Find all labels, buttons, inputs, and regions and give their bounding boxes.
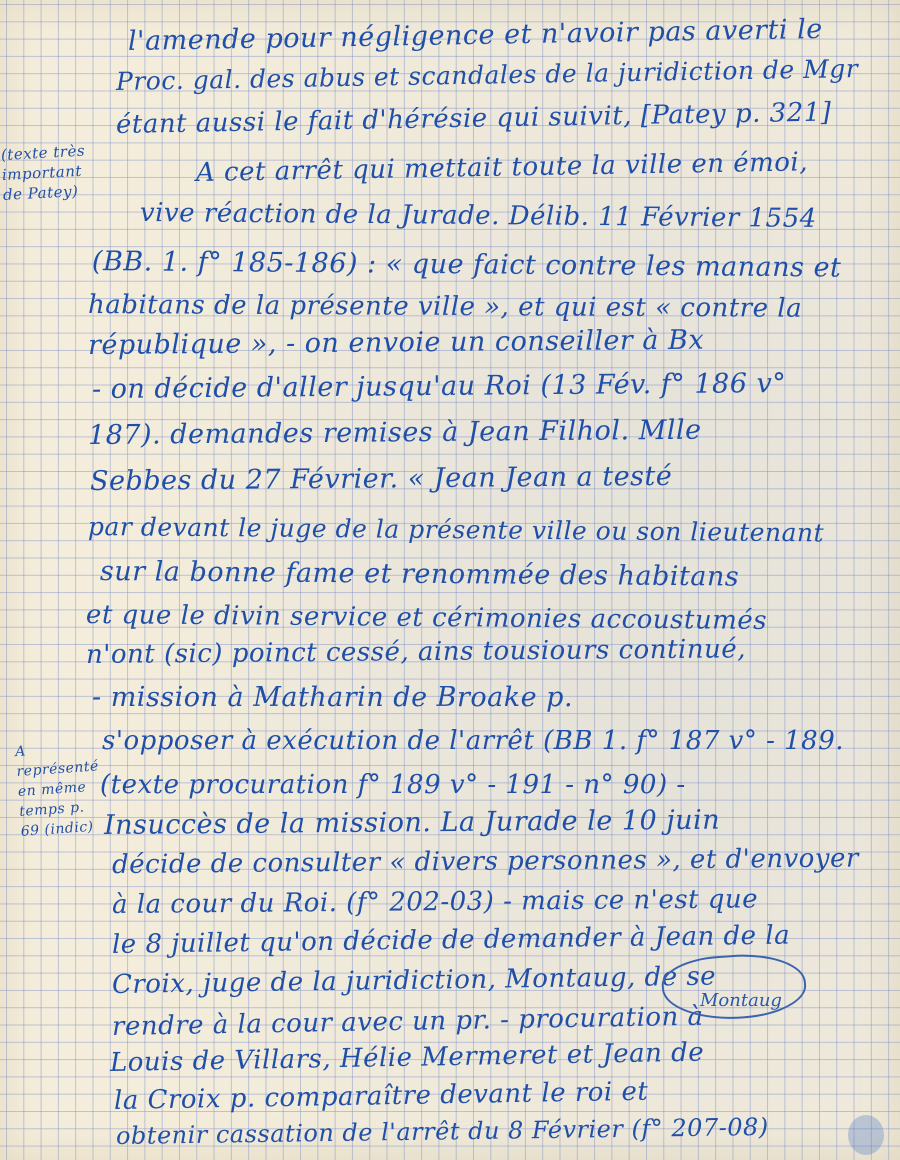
text-line-20: décide de consulter « divers personnes »… [112, 843, 859, 880]
text-line-16: - mission à Matharin de Broake p. [92, 682, 573, 713]
ink-blot [848, 1115, 884, 1155]
text-line-12: par devant le juge de la présente ville … [88, 512, 824, 547]
text-line-9: - on décide d'aller jusqu'au Roi (13 Fév… [92, 368, 787, 405]
text-line-19: Insuccès de la mission. La Jurade le 10 … [104, 805, 720, 841]
circled-gloss: Montaug [700, 990, 782, 1011]
text-line-8: république », - on envoie un conseiller … [88, 325, 704, 361]
margin-note-texte-important: (texte très important de Patey) [0, 140, 93, 205]
margin-note-represente: A représenté en même temps p. 69 (indic) [15, 737, 102, 842]
text-line-23: Croix, juge de la juridiction, Montaug, … [112, 962, 717, 1000]
text-line-3: étant aussi le fait d'hérésie qui suivit… [116, 98, 832, 140]
text-line-27: obtenir cassation de l'arrêt du 8 Févrie… [116, 1113, 769, 1150]
text-line-10: 187). demandes remises à Jean Filhol. Ml… [88, 415, 702, 451]
text-line-2: Proc. gal. des abus et scandales de la j… [116, 54, 859, 96]
text-line-26: la Croix p. comparaître devant le roi et [114, 1077, 649, 1116]
text-line-11: Sebbes du 27 Février. « Jean Jean a test… [90, 461, 673, 497]
text-line-13: sur la bonne fame et renommée des habita… [100, 556, 739, 593]
text-line-18: (texte procuration f° 189 v° - 191 - n° … [100, 770, 686, 800]
text-line-24: rendre à la cour avec un pr. - procurati… [112, 1002, 704, 1042]
text-line-15: n'ont (sic) poinct cessé, ains tousiours… [86, 634, 746, 670]
text-line-7: habitans de la présente ville », et qui … [88, 290, 802, 324]
text-line-21: à la cour du Roi. (f° 202-03) - mais ce … [112, 884, 758, 920]
text-line-25: Louis de Villars, Hélie Mermeret et Jean… [110, 1038, 705, 1078]
text-line-22: le 8 juillet qu'on décide de demander à … [112, 921, 791, 960]
text-line-17: s'opposer à exécution de l'arrêt (BB 1. … [102, 726, 844, 756]
notebook-page: (texte très important de Patey) A représ… [0, 0, 900, 1160]
text-line-1: l'amende pour négligence et n'avoir pas … [128, 14, 823, 57]
text-line-5: vive réaction de la Jurade. Délib. 11 Fé… [140, 198, 817, 234]
text-line-6: (BB. 1. f° 185-186) : « que faict contre… [92, 246, 842, 284]
text-line-4: A cet arrêt qui mettait toute la ville e… [196, 147, 809, 188]
text-line-14: et que le divin service et cérimonies ac… [86, 600, 767, 636]
